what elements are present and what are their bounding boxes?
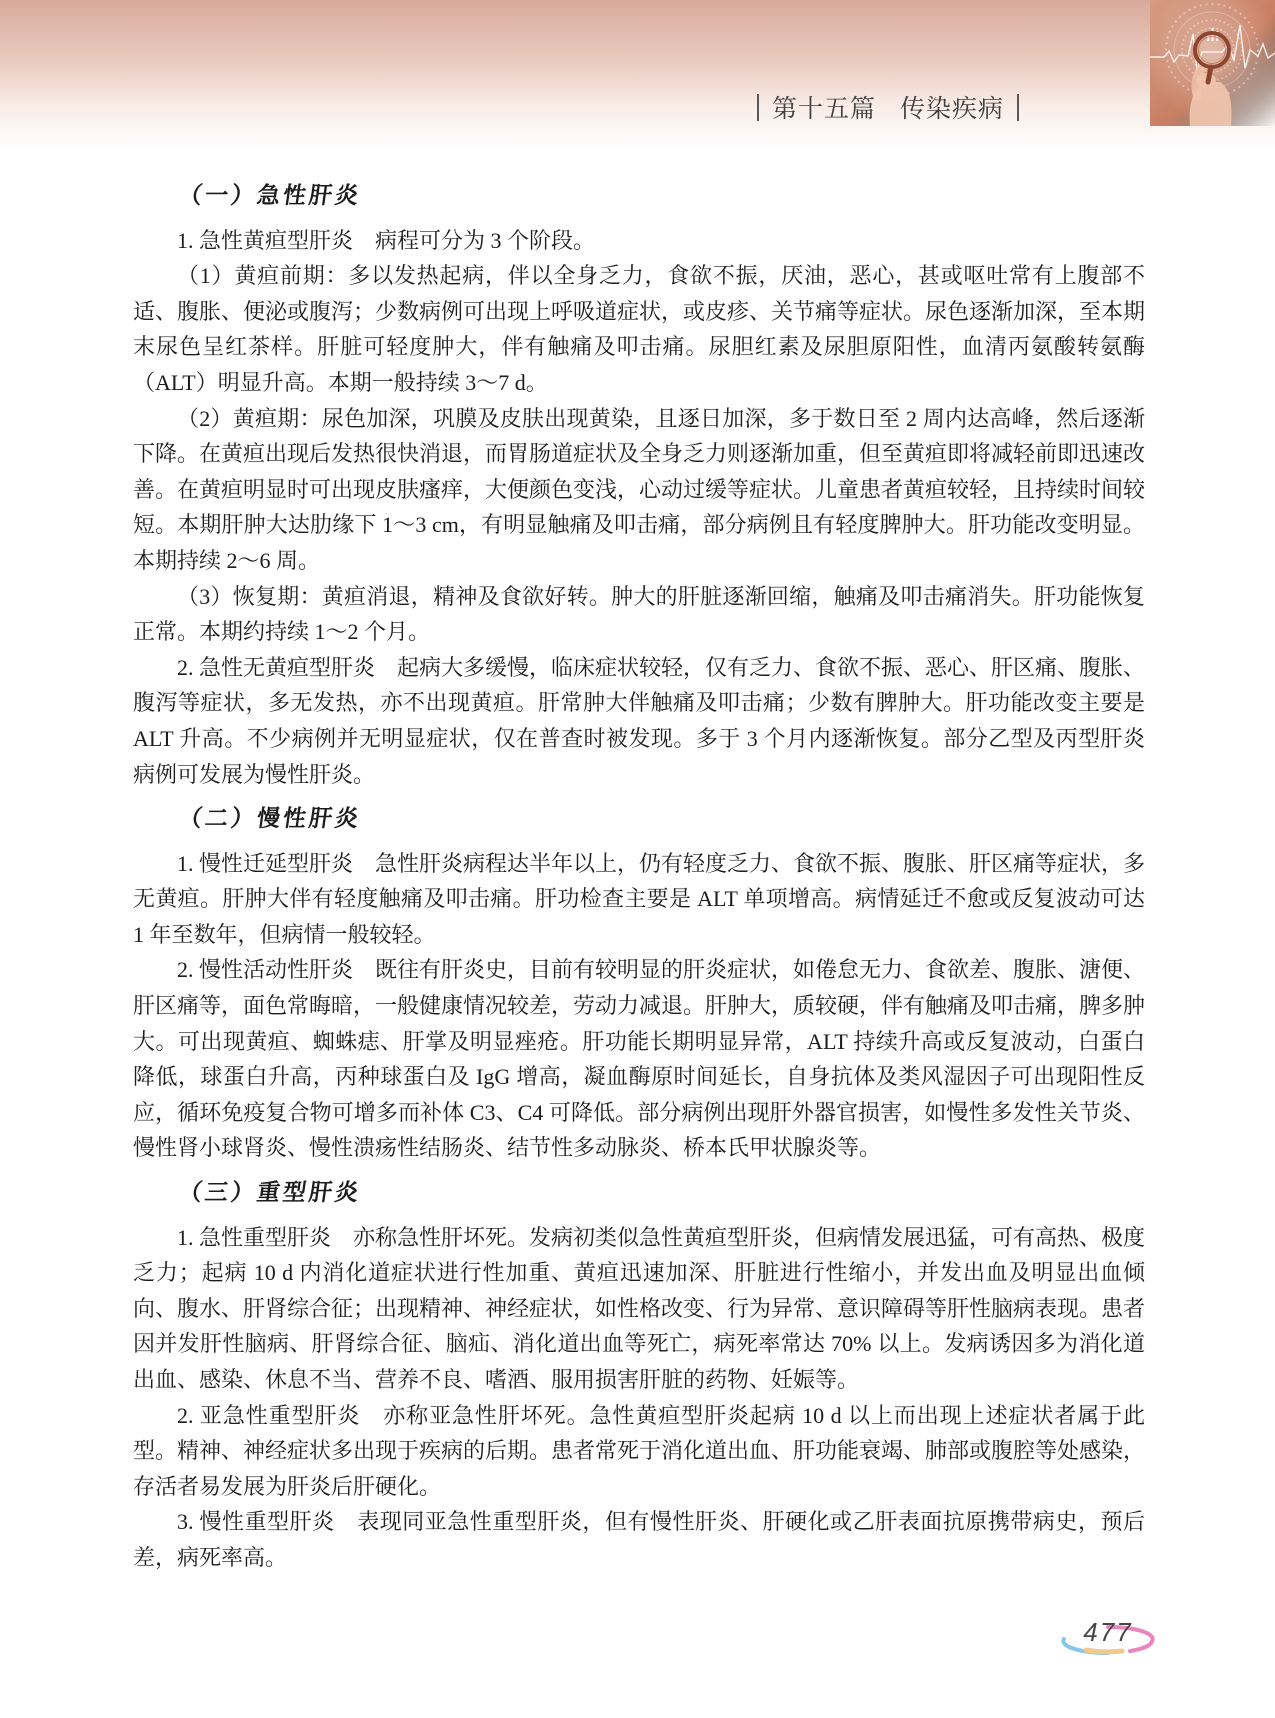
header-gradient-band xyxy=(0,0,1275,150)
paragraph: （1）黄疸前期：多以发热起病，伴以全身乏力，食欲不振，厌油，恶心，甚或呕吐常有上… xyxy=(133,258,1145,400)
paragraph: 2. 亚急性重型肝炎 亦称亚急性肝坏死。急性黄疸型肝炎起病 10 d 以上而出现… xyxy=(133,1398,1145,1505)
section-heading-severe-hepatitis: （三）重型肝炎 xyxy=(130,1175,1147,1211)
paragraph: 2. 急性无黄疸型肝炎 起病大多缓慢，临床症状较轻，仅有乏力、食欲不振、恶心、肝… xyxy=(133,650,1145,792)
paragraph: 3. 慢性重型肝炎 表现同亚急性重型肝炎，但有慢性肝炎、肝硬化或乙肝表面抗原携带… xyxy=(133,1504,1145,1575)
paragraph: 2. 慢性活动性肝炎 既往有肝炎史，目前有较明显的肝炎症状，如倦怠无力、食欲差、… xyxy=(133,952,1145,1166)
part-label: 第十五篇 xyxy=(772,89,876,125)
part-title: 传染疾病 xyxy=(900,89,1004,125)
paragraph: 1. 急性重型肝炎 亦称急性肝坏死。发病初类似急性黄疸型肝炎，但病情发展迅猛，可… xyxy=(133,1220,1145,1398)
paragraph: （3）恢复期：黄疸消退，精神及食欲好转。肿大的肝脏逐渐回缩，触痛及叩击痛消失。肝… xyxy=(133,579,1145,650)
page-body: （一）急性肝炎 1. 急性黄疸型肝炎 病程可分为 3 个阶段。 （1）黄疸前期：… xyxy=(133,169,1145,1576)
running-head-separator-right xyxy=(1017,94,1019,121)
running-head: 第十五篇 传染疾病 xyxy=(744,90,1032,124)
hand-magnifier-ecg-photo xyxy=(1150,0,1275,126)
page-number: 477 xyxy=(1052,1617,1164,1648)
running-head-separator-left xyxy=(757,94,759,121)
paragraph: （2）黄疸期：尿色加深，巩膜及皮肤出现黄染，且逐日加深，多于数日至 2 周内达高… xyxy=(133,401,1145,579)
section-heading-acute-hepatitis: （一）急性肝炎 xyxy=(130,178,1147,214)
paragraph: 1. 急性黄疸型肝炎 病程可分为 3 个阶段。 xyxy=(133,223,1145,259)
paragraph: 1. 慢性迁延型肝炎 急性肝炎病程达半年以上，仍有轻度乏力、食欲不振、腹胀、肝区… xyxy=(133,846,1145,953)
section-heading-chronic-hepatitis: （二）慢性肝炎 xyxy=(130,801,1147,837)
page-number-block: 477 xyxy=(1052,1608,1164,1660)
